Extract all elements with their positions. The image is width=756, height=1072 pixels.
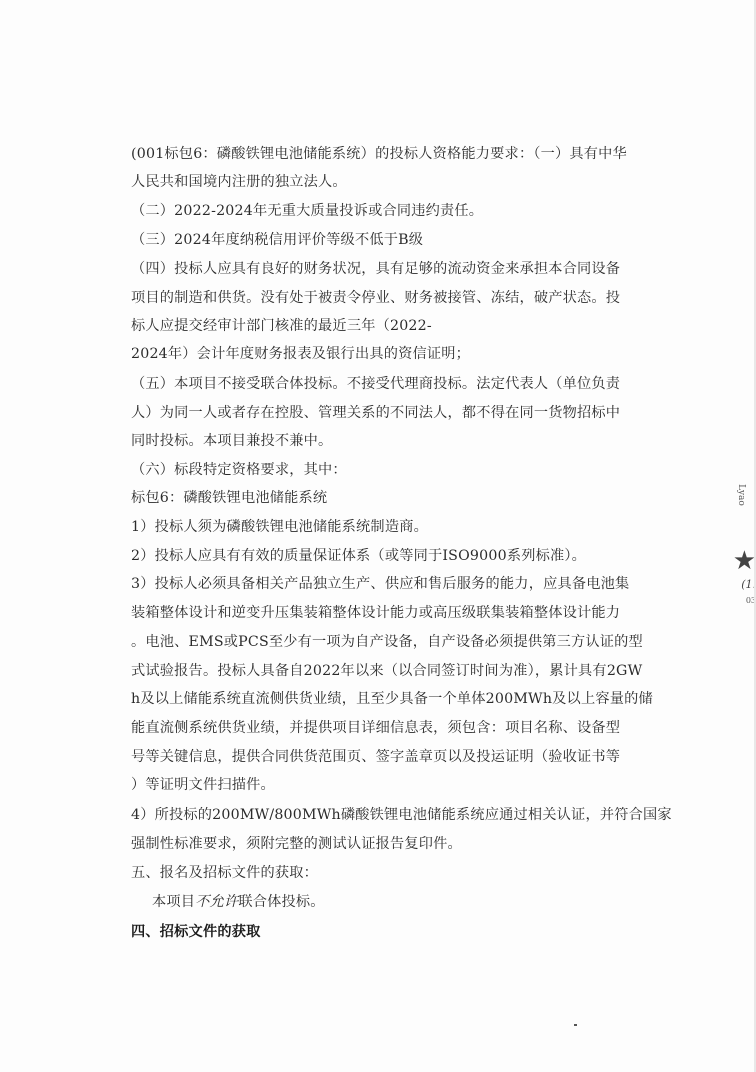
no-consortium-prefix: 本项目 (152, 894, 195, 910)
text-line-no-consortium: 本项目不允许联合体投标。 (152, 892, 325, 912)
text-line-req-4-b: 项目的制造和供货。没有处于被责令停业、财务被接管、冻结，破产状态。投 (131, 288, 620, 308)
text-line-req-4-a: （四）投标人应具有良好的财务状况，具有足够的流动资金来承担本合同设备 (131, 259, 620, 279)
text-line-item-1: 1）投标人须为磷酸铁锂电池储能系统制造商。 (131, 517, 428, 537)
text-line-req-5-c: 同时投标。本项目兼投不兼中。 (131, 431, 332, 451)
text-line-req-4-d: 2024年）会计年度财务报表及银行出具的资信证明； (131, 344, 470, 364)
text-line-item-3-e: h及以上储能系统直流侧供货业绩，且至少具备一个单体200MWh及以上容量的储 (131, 689, 653, 709)
text-line-item-3-c: 。电池、EMS或PCS至少有一项为自产设备，自产设备必须提供第三方认证的型 (131, 632, 643, 652)
text-line-item-3-h: ）等证明文件扫描件。 (131, 775, 275, 795)
text-line-item-3-a: 3）投标人必须具备相关产品独立生产、供应和售后服务的能力，应具备电池集 (131, 574, 629, 594)
scanned-document-page: (001标包6：磷酸铁锂电池储能系统）的投标人资格能力要求：（一）具有中华 人民… (0, 0, 756, 1072)
text-line-item-3-b: 装箱整体设计和逆变升压集装箱整体设计能力或高压级联集装箱整体设计能力 (131, 603, 620, 623)
text-line-item-3-g: 号等关键信息，提供合同供货范围页、签字盖章页以及投运证明（验收证书等 (131, 747, 620, 767)
seal-fragment-text: Lyao (736, 484, 746, 506)
text-line-req-3: （三）2024年度纳税信用评价等级不低于B级 (131, 230, 423, 250)
no-consortium-suffix: 联合体投标。 (238, 894, 324, 910)
text-line-req-4-c: 标人应提交经审计部门核准的最近三年（2022- (131, 316, 432, 336)
text-line-req-5-b: 人）为同一人或者存在控股、管理关系的不同法人，都不得在同一货物招标中 (131, 403, 620, 423)
text-line-qualification-intro: (001标包6：磷酸铁锂电池储能系统）的投标人资格能力要求：（一）具有中华 (131, 144, 627, 164)
no-consortium-italic: 不允许 (195, 894, 238, 910)
text-line-req-6: （六）标段特定资格要求，其中： (131, 460, 347, 480)
section-heading-registration: 五、报名及招标文件的获取： (131, 863, 318, 883)
seal-star-icon: ★ (733, 548, 756, 574)
text-line-item-3-f: 能直流侧系统供货业绩，并提供项目详细信息表，须包含：项目名称、设备型 (131, 718, 620, 738)
text-line-item-2: 2）投标人应具有有效的质量保证体系（或等同于ISO9000系列标准）。 (131, 546, 586, 566)
text-line-item-4-a: 4）所投标的200MW/800MWh磷酸铁锂电池储能系统应通过相关认证，并符合国… (131, 805, 672, 825)
scan-speck (574, 1024, 577, 1026)
text-line-independent-legal-person: 人民共和国境内注册的独立法人。 (131, 172, 347, 192)
text-line-req-5-a: （五）本项目不接受联合体投标。不接受代理商投标。法定代表人（单位负责 (131, 374, 620, 394)
text-line-item-3-d: 式试验报告。投标人具备自2022年以来（以合同签订时间为准），累计具有2GW (131, 661, 642, 681)
section-heading-obtain-documents: 四、招标文件的获取 (131, 922, 261, 942)
text-line-req-2: （二）2022-2024年无重大质量投诉或合同违约责任。 (131, 201, 483, 221)
text-line-package-6: 标包6：磷酸铁锂电池储能系统 (131, 488, 327, 508)
text-line-item-4-b: 强制性标准要求，须附完整的测试认证报告复印件。 (131, 834, 462, 854)
